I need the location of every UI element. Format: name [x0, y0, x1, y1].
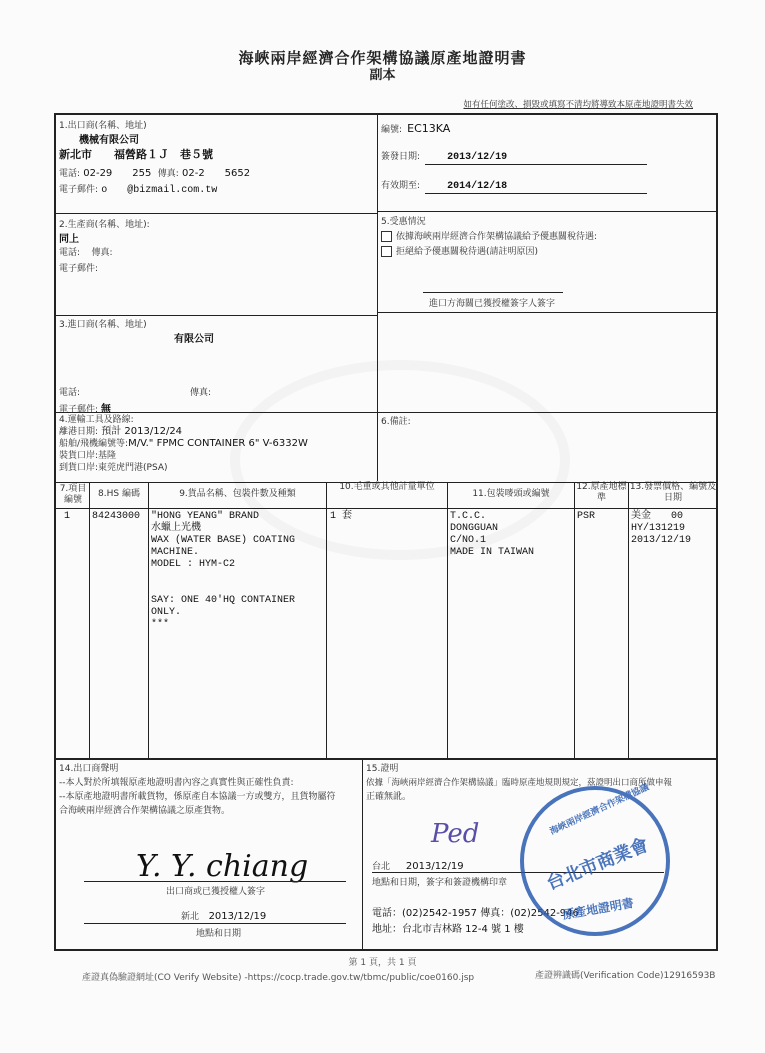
exporter-name: 機械有限公司 [59, 131, 250, 146]
importer-label: 3.進口商(名稱、地址) [59, 317, 374, 330]
declaration-line-2: --本原產地證明書所載貨物，係原產自本協議一方或雙方，且貨物屬符 [59, 790, 359, 804]
col-header-description: 9.貨品名稱、包裝件數及種類 [149, 489, 326, 500]
issue-date-label: 簽發日期: [381, 152, 420, 162]
col-header-origin: 12.原產地標準 [575, 482, 628, 504]
exporter-fax-label: 傳真: [158, 169, 179, 179]
grant-option: 依據海峽兩岸經濟合作架構協議給予優惠關稅待遇: [396, 232, 597, 242]
official-stamp: 台北市商業會 原產地證明書 海峽兩岸經濟合作架構協議 [520, 786, 670, 936]
quantity: 1 套 [330, 511, 352, 523]
exporter-signature: Y. Y. chiang [136, 849, 308, 884]
description-line: ONLY. [151, 607, 326, 619]
valid-date-label: 有效期至: [381, 181, 420, 191]
col-header-item: 7.項目編號 [57, 484, 89, 506]
col-header-quantity: 10.毛重或其他計量單位 [327, 482, 447, 493]
producer-phone-label: 電話: [59, 248, 80, 258]
hs-code: 84243000 [92, 511, 140, 523]
exporter-declaration: 14.出口商聲明 --本人對於所填報原產地證明書內容之真實性與正確性負責: --… [59, 762, 359, 818]
reject-checkbox[interactable] [381, 246, 392, 257]
invoice-line: HY/131219 [631, 523, 691, 535]
exporter-box: 1.出口商(名稱、地址) 機械有限公司 新北市 福營路１Ｊ 巷５號 電話: 02… [59, 118, 250, 197]
producer-fax-label: 傳真: [92, 248, 113, 258]
cert-caption: 地點和日期，簽字和簽證機構印章 [372, 875, 507, 888]
declaration-line-3: 合海峽兩岸經濟合作架構協議之原產貨物。 [59, 804, 359, 818]
transport-label: 4.運輸工具及路線: [59, 414, 377, 426]
exporter-place-caption: 地點和日期 [196, 926, 241, 939]
transport-box: 4.運輸工具及路線: 離港日期: 預計 2013/12/24 船舶/飛機編號等:… [59, 414, 377, 474]
goods-description: "HONG YEANG" BRAND水蠟上光機WAX (WATER BASE) … [151, 511, 326, 631]
valid-date: 2014/12/18 [425, 181, 647, 194]
certification-box: 15.證明 依據「海峽兩岸經濟合作架構協議」臨時原產地規則規定，茲證明出口商所做… [366, 762, 716, 804]
cert-place: 台北 [372, 862, 390, 872]
official-signature: Ped [431, 819, 479, 849]
page-number: 第 1 頁，共 1 頁 [0, 955, 765, 968]
description-line: SAY: ONE 40'HQ CONTAINER [151, 595, 326, 607]
exporter-phone-label: 電話: [59, 169, 80, 179]
document-subtitle: 副本 [0, 64, 765, 83]
description-line: MACHINE. [151, 547, 326, 559]
loading-port-label: 裝貨口岸: [59, 451, 98, 461]
exporter-email-label: 電子郵件: [59, 185, 98, 195]
exporter-address: 新北市 福營路１Ｊ 巷５號 [59, 146, 250, 162]
certification-label: 15.證明 [366, 762, 716, 776]
exporter-date: 2013/12/19 [209, 911, 267, 922]
cert-number: EC13KA [407, 122, 450, 135]
cert-address: 地址：台北市吉林路 12-4 號 1 樓 [372, 920, 524, 935]
customs-signature-caption: 進口方海關已獲授權簽字人簽字 [429, 296, 555, 309]
preference-label: 5.受惠情況 [381, 214, 711, 227]
vessel-name: M/V." FPMC CONTAINER 6" V-6332W [128, 438, 308, 449]
marks-line: DONGGUAN [450, 523, 534, 535]
description-line: 水蠟上光機 [151, 523, 326, 535]
marks-line: T.C.C. [450, 511, 534, 523]
marks-and-numbers: T.C.C.DONGGUANC/NO.1MADE IN TAIWAN [450, 511, 534, 559]
producer-label: 2.生產商(名稱、地址): [59, 217, 150, 230]
marks-line: MADE IN TAIWAN [450, 547, 534, 559]
description-line: "HONG YEANG" BRAND [151, 511, 326, 523]
description-line: *** [151, 619, 326, 631]
cert-number-label: 編號: [381, 125, 402, 135]
departure-label: 離港日期: [59, 427, 98, 437]
issue-date: 2013/12/19 [425, 152, 647, 165]
description-line [151, 571, 326, 583]
vessel-label: 船舶/飛機編號等: [59, 439, 128, 449]
certification-line-1: 依據「海峽兩岸經濟合作架構協議」臨時原產地規則規定，茲證明出口商所做申報 [366, 776, 716, 790]
producer-box: 2.生產商(名稱、地址): 同上 電話: 傳真: 電子郵件: [59, 217, 150, 274]
importer-name: 有限公司 [59, 330, 374, 345]
loading-port: 基隆 [98, 451, 116, 461]
verify-code: 產證辨識碼(Verification Code)12916593B [535, 968, 715, 981]
exporter-phone: 02-29 255 [83, 168, 151, 179]
item-number: 1 [64, 511, 70, 523]
reject-option: 拒絕給予優惠關稅待遇(請註明原因) [396, 247, 538, 257]
declaration-label: 14.出口商聲明 [59, 762, 359, 776]
invoice-details: 美金 00HY/1312192013/12/19 [631, 511, 691, 547]
producer-name: 同上 [59, 230, 150, 245]
importer-box: 3.進口商(名稱、地址) 有限公司 電話:傳真: 電子郵件: 無 [59, 317, 374, 415]
preference-box: 5.受惠情況 依據海峽兩岸經濟合作架構協議給予優惠關稅待遇: 拒絕給予優惠關稅待… [381, 214, 711, 257]
description-line: WAX (WATER BASE) COATING [151, 535, 326, 547]
cert-date: 2013/12/19 [406, 861, 464, 872]
exporter-email: o @bizmail.com.tw [101, 185, 217, 196]
description-line: MODEL : HYM-C2 [151, 559, 326, 571]
grant-checkbox[interactable] [381, 231, 392, 242]
marks-line: C/NO.1 [450, 535, 534, 547]
col-header-marks: 11.包裝嘜頭或編號 [448, 489, 574, 500]
warning-note: 如有任何塗改、損毀或填寫不清均將導致本原產地證明書失效 [463, 98, 693, 110]
certificate-form: 1.出口商(名稱、地址) 機械有限公司 新北市 福營路１Ｊ 巷５號 電話: 02… [54, 113, 718, 760]
departure-date: 預計 2013/12/24 [101, 426, 182, 437]
arrival-port-label: 到貨口岸: [59, 463, 98, 473]
invoice-line: 美金 00 [631, 511, 691, 523]
invoice-line: 2013/12/19 [631, 535, 691, 547]
producer-email-label: 電子郵件: [59, 261, 150, 274]
description-line [151, 583, 326, 595]
col-header-hs: 8.HS 編碼 [90, 489, 148, 500]
certificate-info: 編號: EC13KA 簽發日期: 2013/12/19 有效期至: 2014/1… [381, 117, 701, 194]
verify-website: 產證真偽驗證網址(CO Verify Website) -https://coc… [82, 970, 474, 983]
exporter-signature-caption: 出口商或已獲授權人簽字 [166, 884, 265, 897]
exporter-fax: 02-2 5652 [182, 168, 250, 179]
certification-line-2: 正確無訛。 [366, 790, 716, 804]
importer-phone-label: 電話: [59, 388, 80, 398]
col-header-invoice: 13.發票價格、編號及日期 [629, 482, 717, 504]
importer-fax-label: 傳真: [190, 388, 211, 398]
exporter-place: 新北 [181, 912, 199, 922]
exporter-label: 1.出口商(名稱、地址) [59, 118, 250, 131]
arrival-port: 東莞虎門港(PSA) [98, 463, 168, 473]
origin-criterion: PSR [577, 511, 595, 523]
declaration-line-1: --本人對於所填報原產地證明書內容之真實性與正確性負責: [59, 776, 359, 790]
remarks-label: 6.備註: [381, 414, 411, 427]
